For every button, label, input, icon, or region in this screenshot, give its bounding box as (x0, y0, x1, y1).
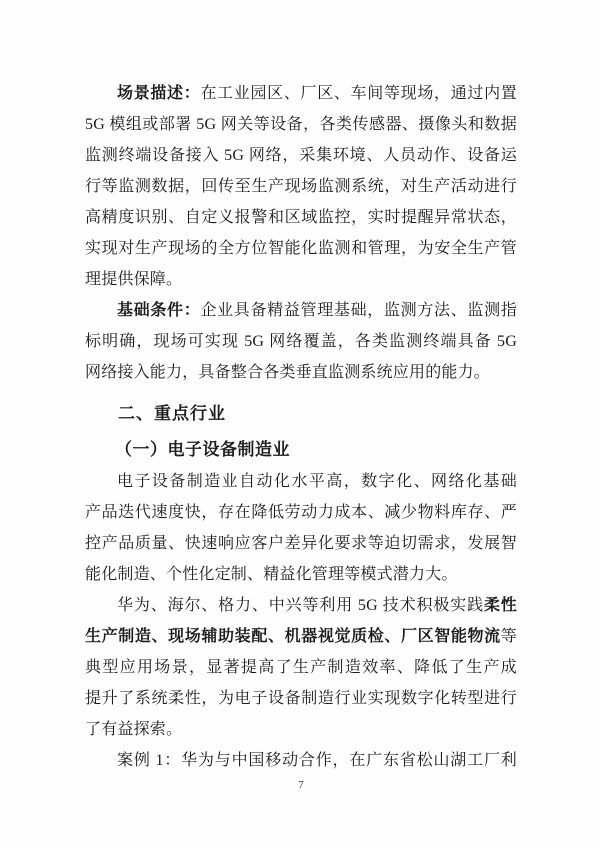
document-body: 场景描述：在工业园区、厂区、车间等现场，通过内置 5G 模组或部署 5G 网关等… (85, 78, 517, 793)
text-line: 产品迭代速度快，存在降低劳动力成本、减少物料库存、严 (85, 497, 517, 528)
text-line: 5G 模组或部署 5G 网关等设备，各类传感器、摄像头和数据 (85, 109, 517, 140)
paragraph-scene-description: 场景描述：在工业园区、厂区、车间等现场，通过内置 5G 模组或部署 5G 网关等… (85, 78, 517, 295)
document-page: 场景描述：在工业园区、厂区、车间等现场，通过内置 5G 模组或部署 5G 网关等… (0, 0, 600, 848)
text-line: 场景描述：在工业园区、厂区、车间等现场，通过内置 (85, 78, 517, 109)
text-line: 提升了系统柔性，为电子设备制造行业实现数字化转型进行 (85, 683, 517, 714)
text-line: 理提供保障。 (85, 264, 517, 295)
text-line: 标明确，现场可实现 5G 网络覆盖，各类监测终端具备 5G (85, 326, 517, 357)
text-run: 在工业园区、厂区、车间等现场，通过内置 (200, 85, 517, 102)
text-line: 生产制造、现场辅助装配、机器视觉质检、厂区智能物流等 (85, 621, 517, 652)
text-line: 高精度识别、自定义报警和区域监控，实时提醒异常状态， (85, 202, 517, 233)
bold-lead: 基础条件： (117, 302, 200, 319)
text-line: 实现对生产现场的全方位智能化监测和管理，为安全生产管 (85, 233, 517, 264)
paragraph-basic-conditions: 基础条件：企业具备精益管理基础，监测方法、监测指 标明确，现场可实现 5G 网络… (85, 295, 517, 388)
text-line: 网络接入能力，具备整合各类垂直监测系统应用的能力。 (85, 357, 517, 388)
text-run: 企业具备精益管理基础，监测方法、监测指 (200, 302, 517, 319)
paragraph-industry-overview: 电子设备制造业自动化水平高，数字化、网络化基础好， 产品迭代速度快，存在降低劳动… (85, 466, 517, 590)
bold-run: 柔性 (484, 597, 517, 614)
text-line: 电子设备制造业自动化水平高，数字化、网络化基础好， (85, 466, 517, 497)
subsection-heading: （一）电子设备制造业 (85, 434, 517, 466)
text-line: 监测终端设备接入 5G 网络，采集环境、人员动作、设备运 (85, 140, 517, 171)
text-line: 基础条件：企业具备精益管理基础，监测方法、监测指 (85, 295, 517, 326)
page-number: 7 (85, 777, 517, 793)
text-run: 等 (501, 628, 517, 645)
paragraph-application-scenarios: 华为、海尔、格力、中兴等利用 5G 技术积极实践柔性 生产制造、现场辅助装配、机… (85, 590, 517, 745)
text-line: 典型应用场景，显著提高了生产制造效率、降低了生产成本、 (85, 652, 517, 683)
text-line: 案例 1：华为与中国移动合作，在广东省松山湖工厂利 (85, 745, 517, 776)
text-line: 了有益探索。 (85, 714, 517, 745)
text-run: 华为、海尔、格力、中兴等利用 5G 技术积极实践 (117, 597, 484, 614)
text-line: 控产品质量、快速响应客户差异化要求等迫切需求，发展智 (85, 528, 517, 559)
paragraph-case-1: 案例 1：华为与中国移动合作，在广东省松山湖工厂利 (85, 745, 517, 776)
bold-run: 生产制造、现场辅助装配、机器视觉质检、厂区智能物流 (85, 628, 501, 645)
text-line: 能化制造、个性化定制、精益化管理等模式潜力大。 (85, 559, 517, 590)
bold-lead: 场景描述： (117, 85, 200, 102)
text-line: 华为、海尔、格力、中兴等利用 5G 技术积极实践柔性 (85, 590, 517, 621)
section-heading: 二、重点行业 (85, 398, 517, 430)
text-line: 行等监测数据，回传至生产现场监测系统，对生产活动进行 (85, 171, 517, 202)
